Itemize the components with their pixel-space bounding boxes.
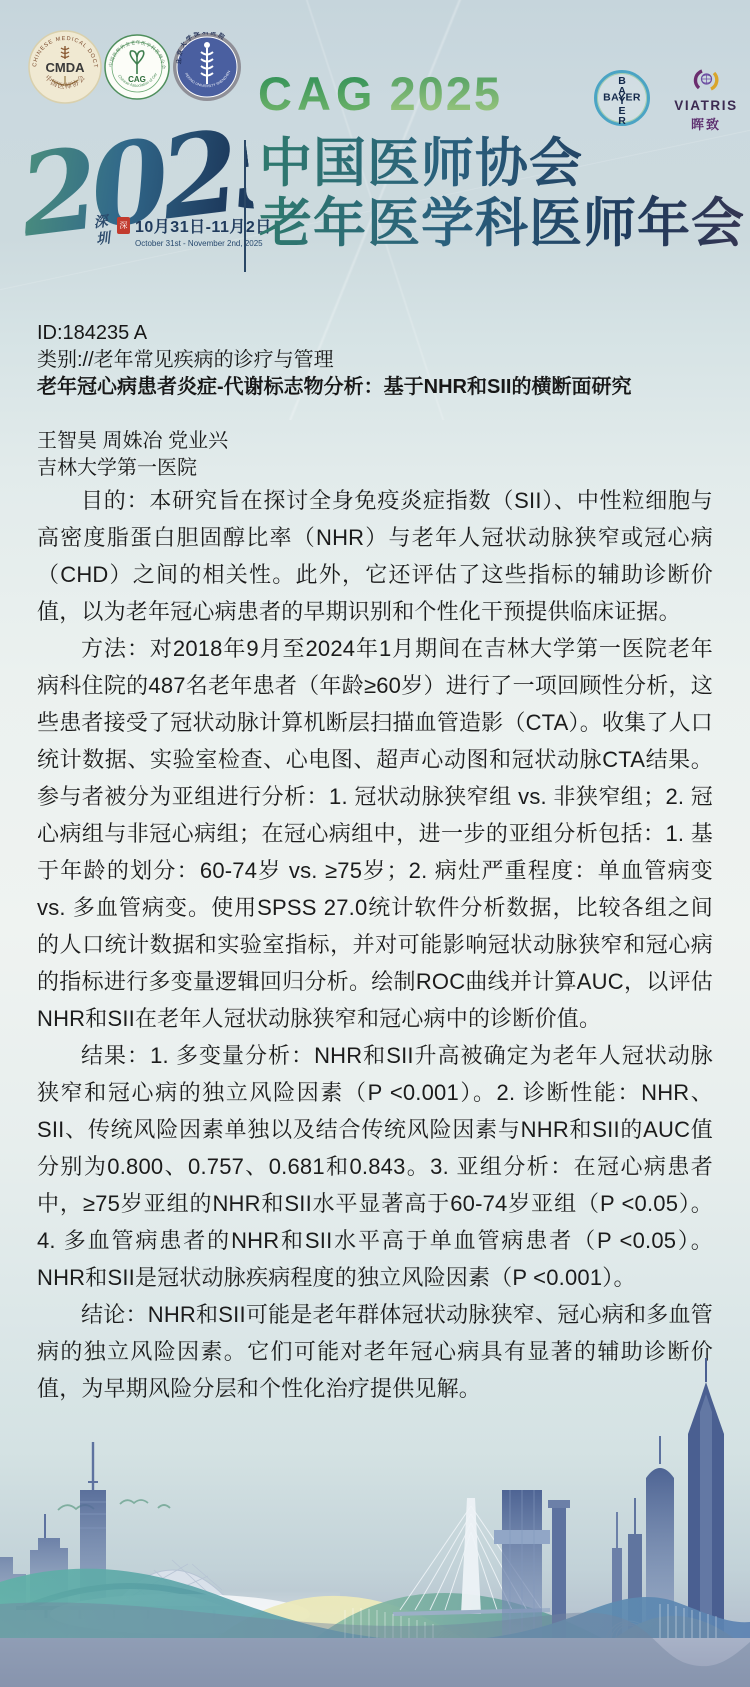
affiliation: 吉林大学第一医院 — [37, 455, 713, 482]
date-english: October 31st - November 2nd, 2025 — [135, 239, 272, 248]
bayer-horizontal-text: BAYER — [597, 92, 647, 104]
birds-icon — [58, 1500, 170, 1510]
pku-shenzhen-hospital-logo: 北京大学深圳医院 PEKING UNIVERSITY SHENZHEN HOSP… — [172, 32, 242, 102]
red-seal-icon: 深 — [117, 217, 130, 234]
bayer-logo: BAYER BAYER — [594, 70, 650, 126]
shenzhen-skyline-illustration — [0, 1342, 750, 1687]
conference-abstract-poster: CHINESE MEDICAL DOCTOR ASSOCIATION CMDA … — [0, 0, 750, 1687]
viatris-logo: VIATRIS 晖致 — [668, 68, 744, 133]
abstract-body: 目的：本研究旨在探讨全身免疫炎症指数（SII）、中性粒细胞与高密度脂蛋白胆固醇比… — [37, 482, 713, 1407]
city-label: 深圳 — [90, 213, 115, 249]
conference-banner: 2025 深圳 深 10月31日-11月2日 October 31st - No… — [0, 126, 750, 294]
abstract-results: 结果：1. 多变量分析：NHR和SII升高被确定为老年人冠状动脉狭窄和冠心病的独… — [37, 1037, 713, 1296]
viatris-globe-icon — [693, 68, 719, 92]
conference-title-line2: 老年医学科医师年会 — [259, 194, 745, 254]
abstract-methods: 方法：对2018年9月至2024年1月期间在吉林大学第一医院老年病科住院的487… — [37, 630, 713, 1037]
cmda-abbr: CMDA — [46, 60, 86, 75]
date-chinese: 10月31日-11月2日 — [135, 214, 272, 237]
conference-title-line1: 中国医师协会 — [259, 134, 745, 194]
conference-title: 中国医师协会 老年医学科医师年会 — [259, 134, 745, 254]
cmda-logo: CHINESE MEDICAL DOCTOR ASSOCIATION CMDA … — [28, 30, 102, 104]
logo-row: CHINESE MEDICAL DOCTOR ASSOCIATION CMDA … — [0, 30, 750, 114]
abstract-meta: ID:184235 A 类别://老年常见疾病的诊疗与管理 老年冠心病患者炎症-… — [37, 320, 713, 482]
banner-divider — [244, 140, 246, 272]
wordmark-year: 2025 — [389, 66, 502, 121]
paper-title: 老年冠心病患者炎症-代谢标志物分析：基于NHR和SII的横断面研究 — [37, 374, 713, 401]
abstract-objective: 目的：本研究旨在探讨全身免疫炎症指数（SII）、中性粒细胞与高密度脂蛋白胆固醇比… — [37, 482, 713, 630]
abstract-id: ID:184235 A — [37, 320, 713, 347]
authors: 王智昊 周姝冶 党业兴 — [37, 428, 713, 455]
abstract-category: 类别://老年常见疾病的诊疗与管理 — [37, 347, 713, 374]
viatris-name: VIATRIS — [668, 98, 744, 113]
cag-association-logo: 中国医师协会老年医学科医师分会 CAG Chinese Association … — [104, 34, 170, 100]
